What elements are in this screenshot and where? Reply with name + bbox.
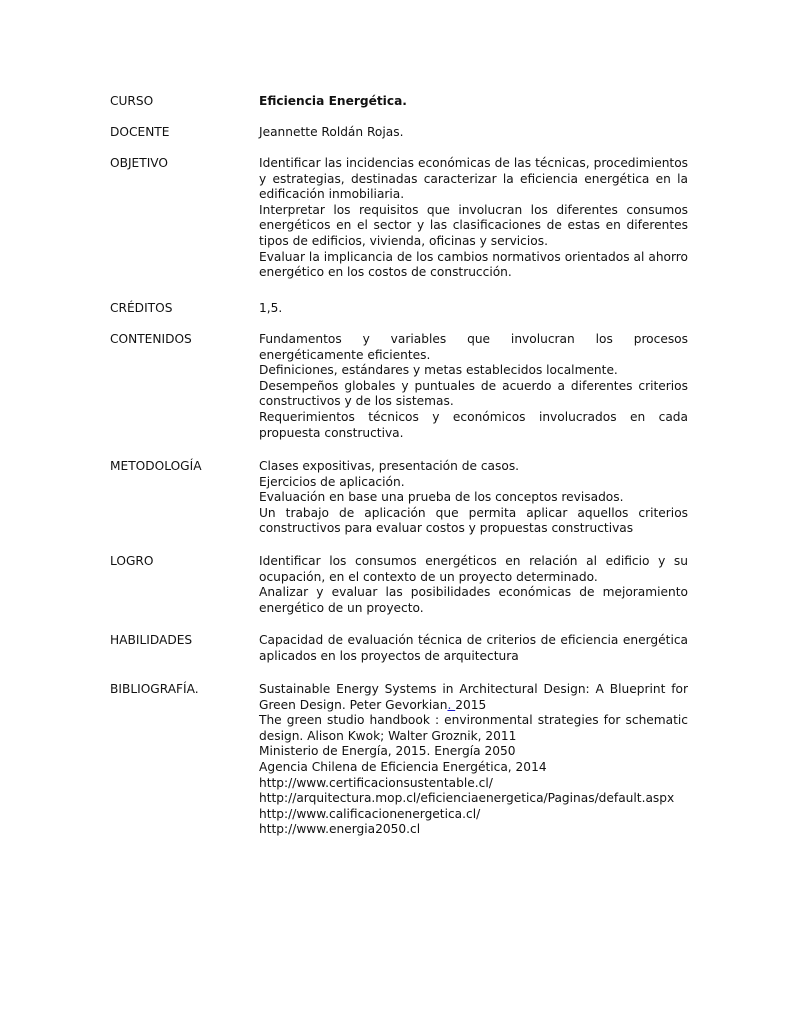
content-paragraph: Requerimientos técnicos y económicos inv… (259, 410, 688, 441)
section-label: CONTENIDOS (110, 332, 259, 441)
objective-paragraph: Interpretar los requisitos que involucra… (259, 203, 688, 250)
method-paragraph: Ejercicios de aplicación. (259, 475, 688, 491)
section-label: BIBLIOGRAFÍA. (110, 682, 259, 838)
document-page: CURSO Eficiencia Energética. DOCENTE Jea… (0, 0, 800, 1035)
section-label: CURSO (110, 94, 259, 110)
section-label: OBJETIVO (110, 156, 259, 281)
section-metodologia: METODOLOGÍA Clases expositivas, presenta… (110, 459, 690, 537)
content-paragraph: Fundamentos y variables que involucran l… (259, 332, 688, 363)
objective-paragraph: Evaluar la implicancia de los cambios no… (259, 250, 688, 281)
section-label: CRÉDITOS (110, 301, 259, 317)
method-paragraph: Clases expositivas, presentación de caso… (259, 459, 688, 475)
bibliography-entry: Agencia Chilena de Eficiencia Energética… (259, 760, 688, 776)
section-creditos: CRÉDITOS 1,5. (110, 301, 690, 317)
achievement-paragraph: Analizar y evaluar las posibilidades eco… (259, 585, 688, 616)
skills-paragraph: Capacidad de evaluación técnica de crite… (259, 633, 688, 664)
section-docente: DOCENTE Jeannette Roldán Rojas. (110, 125, 690, 141)
objective-paragraph: Identificar las incidencias económicas d… (259, 156, 688, 203)
section-label: METODOLOGÍA (110, 459, 259, 537)
bibliography-url: http://www.calificacionenergetica.cl/ (259, 807, 688, 823)
bibliography-url: http://www.energia2050.cl (259, 822, 688, 838)
content-paragraph: Definiciones, estándares y metas estable… (259, 363, 688, 379)
bibliography-entry: The green studio handbook : environmenta… (259, 713, 688, 744)
course-title: Eficiencia Energética. (259, 94, 688, 110)
method-paragraph: Un trabajo de aplicación que permita apl… (259, 506, 688, 537)
credits-value: 1,5. (259, 301, 688, 317)
section-contenidos: CONTENIDOS Fundamentos y variables que i… (110, 332, 690, 441)
section-bibliografia: BIBLIOGRAFÍA. Sustainable Energy Systems… (110, 682, 690, 838)
section-curso: CURSO Eficiencia Energética. (110, 94, 690, 110)
bibliography-year: 2015 (455, 698, 486, 712)
section-logro: LOGRO Identificar los consumos energétic… (110, 554, 690, 616)
bibliography-entry: Sustainable Energy Systems in Architectu… (259, 682, 688, 713)
bibliography-url: http://www.certificacionsustentable.cl/ (259, 776, 688, 792)
bibliography-entry: Ministerio de Energía, 2015. Energía 205… (259, 744, 688, 760)
section-habilidades: HABILIDADES Capacidad de evaluación técn… (110, 633, 690, 664)
method-paragraph: Evaluación en base una prueba de los con… (259, 490, 688, 506)
teacher-name: Jeannette Roldán Rojas. (259, 125, 688, 141)
bibliography-url: http://arquitectura.mop.cl/eficienciaene… (259, 791, 688, 807)
achievement-paragraph: Identificar los consumos energéticos en … (259, 554, 688, 585)
section-objetivo: OBJETIVO Identificar las incidencias eco… (110, 156, 690, 281)
section-label: LOGRO (110, 554, 259, 616)
content-paragraph: Desempeños globales y puntuales de acuer… (259, 379, 688, 410)
section-label: HABILIDADES (110, 633, 259, 664)
section-label: DOCENTE (110, 125, 259, 141)
